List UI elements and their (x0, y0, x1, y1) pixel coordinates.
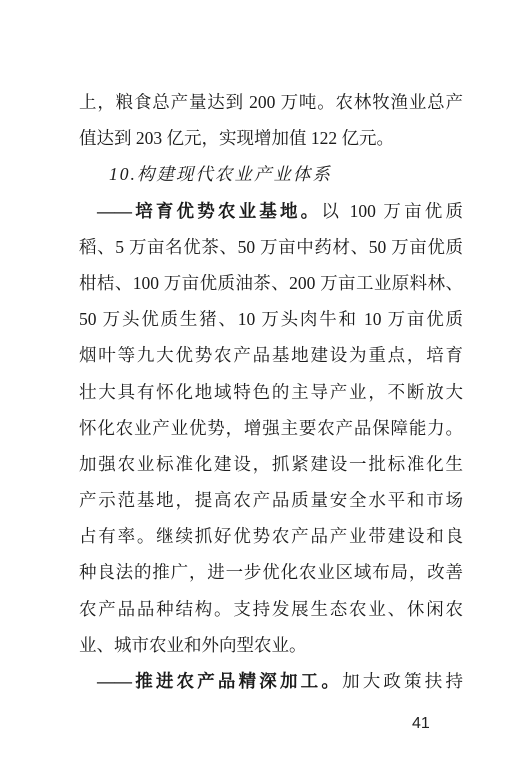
paragraph-text: 以 100 万亩优质 (321, 201, 463, 221)
text-line: 柑桔、100 万亩优质油茶、200 万亩工业原料林、 (79, 265, 463, 301)
paragraph-lead: ——推进农产品精深加工。 (97, 671, 342, 691)
text-line: 怀化农业产业优势，增强主要农产品保障能力。 (79, 410, 463, 446)
paragraph-lead: ——培育优势农业基地。 (97, 201, 321, 221)
section-heading: 10.构建现代农业产业体系 (79, 156, 463, 192)
document-page: 上，粮食总产量达到 200 万吨。农林牧渔业总产 值达到 203 亿元，实现增加… (0, 0, 529, 774)
text-block: 上，粮食总产量达到 200 万吨。农林牧渔业总产 值达到 203 亿元，实现增加… (79, 84, 463, 699)
page-number: 41 (412, 713, 430, 735)
text-line: 50 万头优质生猪、10 万头肉牛和 10 万亩优质 (79, 301, 463, 337)
text-line: 壮大具有怀化地域特色的主导产业，不断放大 (79, 374, 463, 410)
text-line: ——培育优势农业基地。以 100 万亩优质 (79, 193, 463, 229)
text-line: 业、城市农业和外向型农业。 (79, 627, 463, 663)
paragraph-text: 加大政策扶持 (342, 671, 463, 691)
text-line: 占有率。继续抓好优势农产品产业带建设和良 (79, 518, 463, 554)
text-line: 稻、5 万亩名优茶、50 万亩中药材、50 万亩优质 (79, 229, 463, 265)
text-line: 烟叶等九大优势农产品基地建设为重点，培育 (79, 337, 463, 373)
text-line: 种良法的推广，进一步优化农业区域布局，改善 (79, 554, 463, 590)
text-line: ——推进农产品精深加工。加大政策扶持 (79, 663, 463, 699)
text-line: 农产品品种结构。支持发展生态农业、休闲农 (79, 591, 463, 627)
text-line: 产示范基地，提高农产品质量安全水平和市场 (79, 482, 463, 518)
text-line: 加强农业标准化建设，抓紧建设一批标准化生 (79, 446, 463, 482)
text-line: 值达到 203 亿元，实现增加值 122 亿元。 (79, 120, 463, 156)
text-line: 上，粮食总产量达到 200 万吨。农林牧渔业总产 (79, 84, 463, 120)
